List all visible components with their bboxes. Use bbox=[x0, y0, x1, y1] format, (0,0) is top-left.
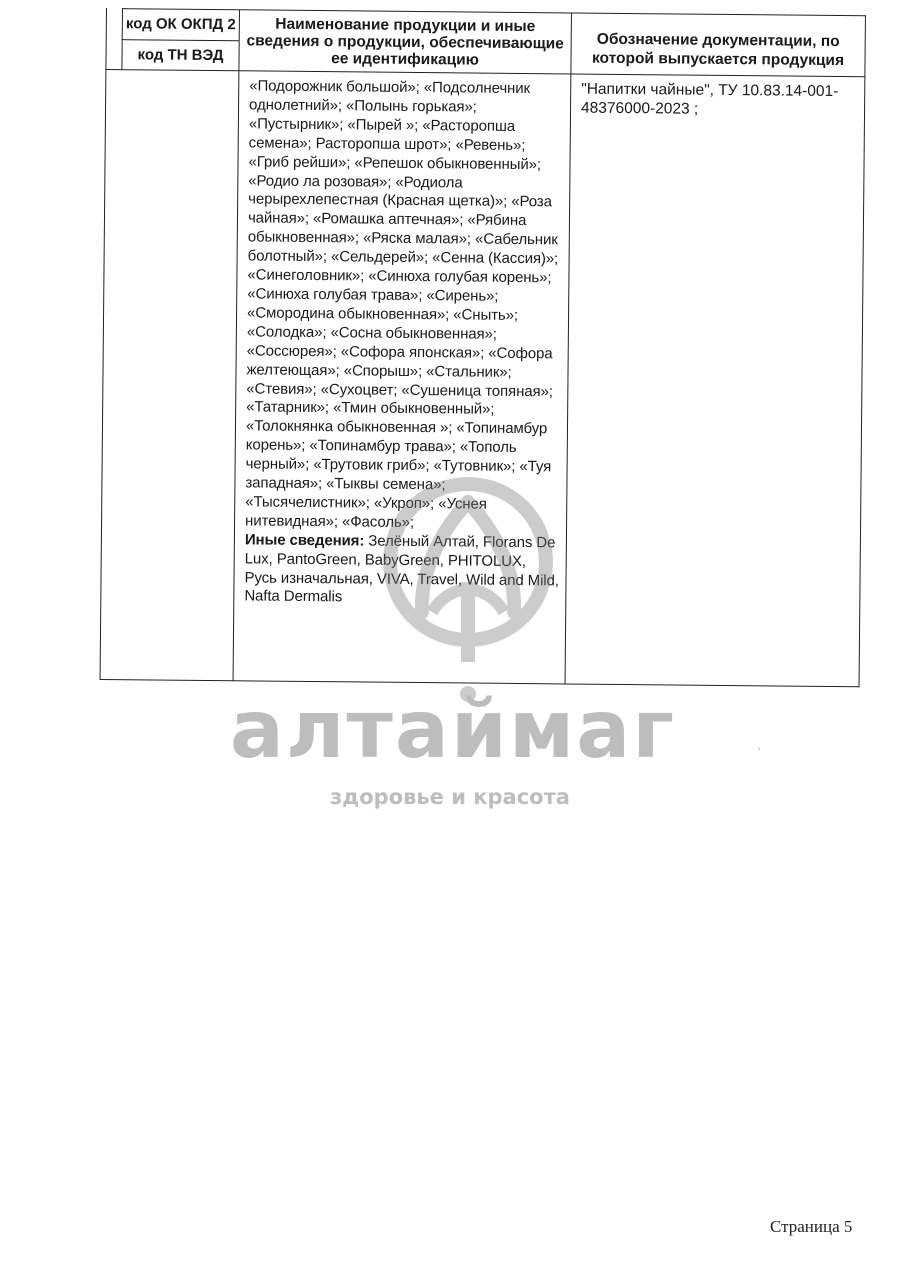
cell-documentation: "Напитки чайные", ТУ 10.83.14-001-483760… bbox=[566, 74, 866, 687]
other-info-label: Иные сведения: bbox=[245, 531, 365, 549]
product-item: «Сныть»; bbox=[453, 306, 518, 324]
product-item: «Подорожник большой»; bbox=[249, 77, 424, 96]
product-item: «Стевия»; bbox=[246, 380, 321, 398]
product-item: «Тысячелистник»; bbox=[245, 493, 374, 511]
product-item: «Синюха голубая корень»; bbox=[368, 268, 551, 287]
product-item: «Сельдерей»; bbox=[331, 248, 432, 266]
product-item: «Сушеница топяная»; bbox=[401, 381, 553, 399]
product-item: «Спорыш»; bbox=[344, 362, 427, 380]
product-item: «Пырей »; bbox=[347, 116, 422, 134]
product-item: «Софора японская»; bbox=[341, 343, 489, 361]
cell-codes bbox=[100, 70, 240, 681]
watermark-brand: алтаймаг bbox=[218, 683, 688, 776]
product-item: «Сирень»; bbox=[426, 287, 498, 305]
product-item: «Ревень»; bbox=[455, 136, 525, 154]
product-item: «Соссюрея»; bbox=[247, 342, 341, 360]
product-item: «Синюха голубая трава»; bbox=[247, 285, 426, 304]
product-item: «Татарник»; bbox=[246, 399, 333, 417]
product-item: «Ряска малая»; bbox=[363, 230, 475, 248]
product-item: «Тыквы семена»; bbox=[326, 475, 445, 493]
product-item: «Стальник»; bbox=[426, 363, 512, 381]
table-header-row: код ОК ОКПД 2 код ТН ВЭД Наименование пр… bbox=[105, 8, 866, 77]
product-item: «Полынь горькая»; bbox=[346, 97, 477, 115]
header-documentation: Обозначение документации, по которой вып… bbox=[571, 12, 866, 77]
product-item: «Сухоцвет; bbox=[321, 381, 402, 399]
header-product-name: Наименование продукции и иные сведения о… bbox=[239, 9, 572, 74]
product-item: «Пустырник»; bbox=[249, 115, 348, 133]
product-item: «Гриб рейши»; bbox=[248, 153, 354, 171]
product-item: «Репешок обыкновенный»; bbox=[354, 154, 541, 173]
product-item: «Тмин обыкновенный»; bbox=[333, 400, 494, 419]
product-item: «Синеголовник»; bbox=[247, 266, 368, 284]
scan-artifact bbox=[758, 748, 760, 750]
watermark-tagline: здоровье и красота bbox=[300, 785, 600, 809]
certificate-table: код ОК ОКПД 2 код ТН ВЭД Наименование пр… bbox=[100, 8, 866, 687]
cell-product-info: «Подорожник большой»; «Подсолнечник одно… bbox=[234, 71, 572, 684]
product-item: «Сенна (Кассия)»; bbox=[432, 249, 558, 267]
product-item: «Укроп»; bbox=[374, 495, 439, 513]
product-item: «Толокнянка обыкновенная »; bbox=[246, 418, 457, 437]
document-page: код ОК ОКПД 2 код ТН ВЭД Наименование пр… bbox=[0, 0, 900, 1273]
header-code-column: код ОК ОКПД 2 код ТН ВЭД bbox=[105, 8, 240, 71]
header-okpd2-code: код ОК ОКПД 2 bbox=[122, 8, 239, 41]
product-item: «Топинамбур трава»; bbox=[309, 437, 460, 455]
product-item: «Трутовик гриб»; bbox=[313, 456, 433, 474]
table-row: «Подорожник большой»; «Подсолнечник одно… bbox=[100, 70, 866, 687]
product-list: «Подорожник большой»; «Подсолнечник одно… bbox=[245, 77, 558, 530]
product-item: «Смородина обыкновенная»; bbox=[247, 304, 453, 323]
product-item: «Фасоль»; bbox=[342, 513, 414, 531]
header-tnved-code: код ТН ВЭД bbox=[121, 40, 238, 71]
product-item: «Ромашка аптечная»; bbox=[313, 210, 468, 228]
page-number: Страница 5 bbox=[770, 1217, 852, 1237]
product-item: «Тутовник»; bbox=[434, 457, 520, 475]
product-item: Расторопша шрот»; bbox=[316, 135, 456, 153]
product-item: «Сосна обыкновенная»; bbox=[331, 324, 497, 343]
table-left-edge bbox=[105, 8, 123, 70]
product-item: «Солодка»; bbox=[247, 323, 331, 341]
product-item: «Родио ла розовая»; bbox=[248, 172, 395, 190]
